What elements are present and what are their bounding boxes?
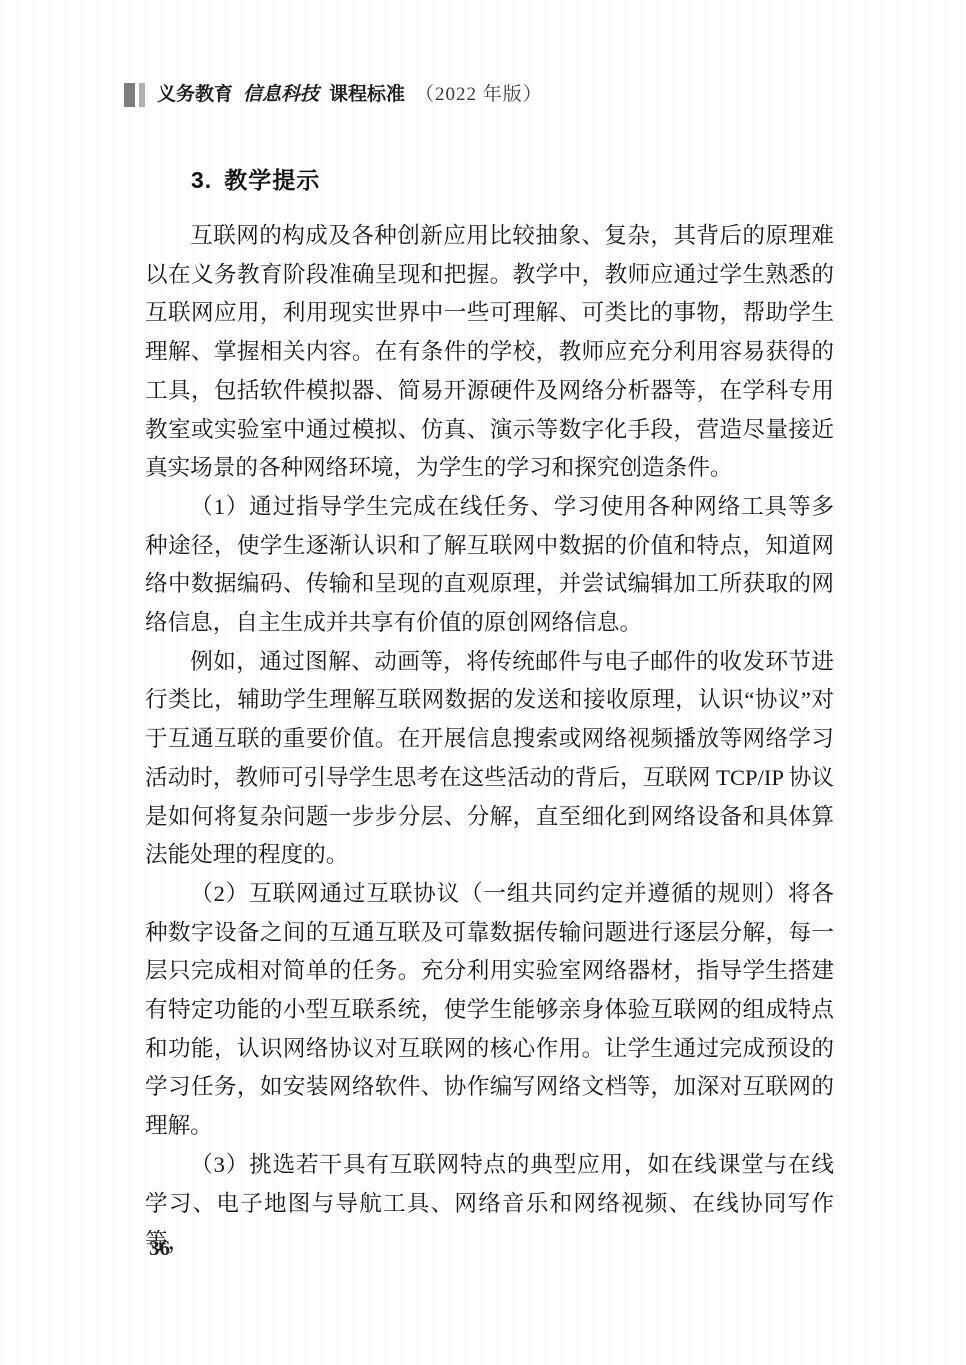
paragraph-item-1: （1）通过指导学生完成在线任务、学习使用各种网络工具等多种途径，使学生逐渐认识和… xyxy=(145,488,834,643)
header-bar-dark-icon xyxy=(124,83,135,107)
header-edition-text: （2022 年版） xyxy=(415,82,543,108)
body-text-block: 互联网的构成及各种创新应用比较抽象、复杂，其背后的原理难以在义务教育阶段准确呈现… xyxy=(145,217,834,1262)
paragraph-example: 例如，通过图解、动画等，将传统邮件与电子邮件的收发环节进行类比，辅助学生理解互联… xyxy=(145,643,834,875)
header-subject-text: 信息科技 xyxy=(243,82,319,108)
header-bar-light-icon xyxy=(139,83,145,107)
section-number: 3. xyxy=(191,167,212,193)
running-header: 义务教育 信息科技 课程标准 （2022 年版） xyxy=(124,82,543,108)
section-label: 教学提示 xyxy=(224,167,320,193)
header-type-text: 课程标准 xyxy=(329,82,405,108)
document-page: 义务教育 信息科技 课程标准 （2022 年版） 3.教学提示 互联网的构成及各… xyxy=(0,0,966,1365)
paragraph-item-3: （3）挑选若干具有互联网特点的典型应用，如在线课堂与在线学习、电子地图与导航工具… xyxy=(145,1146,834,1262)
page-number: 36 xyxy=(149,1236,170,1261)
section-title: 3.教学提示 xyxy=(191,162,320,195)
header-series-text: 义务教育 xyxy=(157,82,233,108)
paragraph-intro: 互联网的构成及各种创新应用比较抽象、复杂，其背后的原理难以在义务教育阶段准确呈现… xyxy=(145,217,834,488)
paragraph-item-2: （2）互联网通过互联协议（一组共同约定并遵循的规则）将各种数字设备之间的互通互联… xyxy=(145,875,834,1146)
